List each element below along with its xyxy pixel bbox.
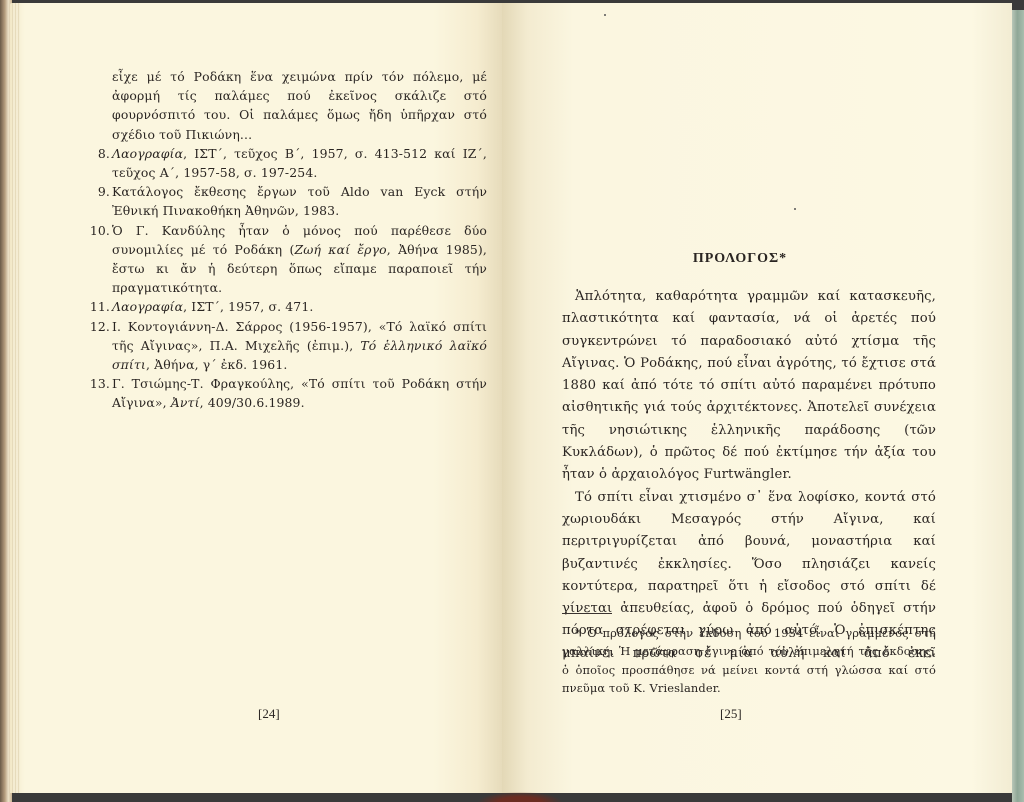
note-item: 12. Ι. Κοντογιάννη-Δ. Σάρρος (1956-1957)… <box>112 317 487 375</box>
note-text: Κατάλογος ἔκθεσης ἔργων τοῦ Aldo van Eyc… <box>112 184 487 218</box>
note-number: 13. <box>90 374 110 393</box>
note-italic: Ἀντί <box>171 395 200 410</box>
note-text: , Ἀθήνα, γ΄ ἐκδ. 1961. <box>146 357 288 372</box>
prologue-paragraph: Ἁπλότητα, καθαρότητα γραμμῶν καί κατασκε… <box>562 286 936 487</box>
note-number: 11. <box>90 297 110 316</box>
note-number: 12. <box>90 317 110 336</box>
note-number: 10. <box>90 221 110 240</box>
page-number-right: [25] <box>720 706 742 722</box>
book-cover-right-edge <box>1012 10 1024 802</box>
note-number: 8. <box>98 144 110 163</box>
left-page-notes: εἶχε μέ τό Ροδάκη ἕνα χειμώνα πρίν τόν π… <box>112 67 487 413</box>
footnote-divider <box>562 613 612 614</box>
prologue-body: Ἁπλότητα, καθαρότητα γραμμῶν καί κατασκε… <box>562 286 936 665</box>
open-book: εἶχε μέ τό Ροδάκη ἕνα χειμώνα πρίν τόν π… <box>0 0 1024 802</box>
note-italic: Ζωή καί ἔργο <box>294 242 386 257</box>
note-italic: Λαογραφία <box>112 299 183 314</box>
paper-speck <box>604 14 606 16</box>
page-edges-left <box>12 3 20 793</box>
page-number-left: [24] <box>258 706 280 722</box>
note-number: 9. <box>98 182 110 201</box>
note-item: 10. Ὁ Γ. Κανδύλης ἦταν ὁ μόνος πού παρέθ… <box>112 221 487 298</box>
note-item: 9. Κατάλογος ἔκθεσης ἔργων τοῦ Aldo van … <box>112 182 487 220</box>
footnote-text: * Ὁ πρόλογος στήν ἔκδοση τοῦ 1934 εἶναι … <box>562 624 936 698</box>
note-continuation: εἶχε μέ τό Ροδάκη ἕνα χειμώνα πρίν τόν π… <box>112 67 487 144</box>
chapter-title: ΠΡΟΛΟΓΟΣ* <box>640 251 840 267</box>
book-spine-bottom <box>470 790 570 802</box>
note-item: 11. Λαογραφία, ΙΣΤ΄, 1957, σ. 471. <box>112 297 487 316</box>
note-text: , ΙΣΤ΄, 1957, σ. 471. <box>183 299 313 314</box>
note-italic: Λαογραφία <box>112 146 183 161</box>
note-text: , 409/30.6.1989. <box>200 395 305 410</box>
note-item: 13. Γ. Τσιώμης-Τ. Φραγκούλης, «Τό σπίτι … <box>112 374 487 412</box>
footnote: * Ὁ πρόλογος στήν ἔκδοση τοῦ 1934 εἶναι … <box>562 624 936 698</box>
paper-speck <box>794 208 796 210</box>
note-item: 8. Λαογραφία, ΙΣΤ΄, τεῦχος Β΄, 1957, σ. … <box>112 144 487 182</box>
